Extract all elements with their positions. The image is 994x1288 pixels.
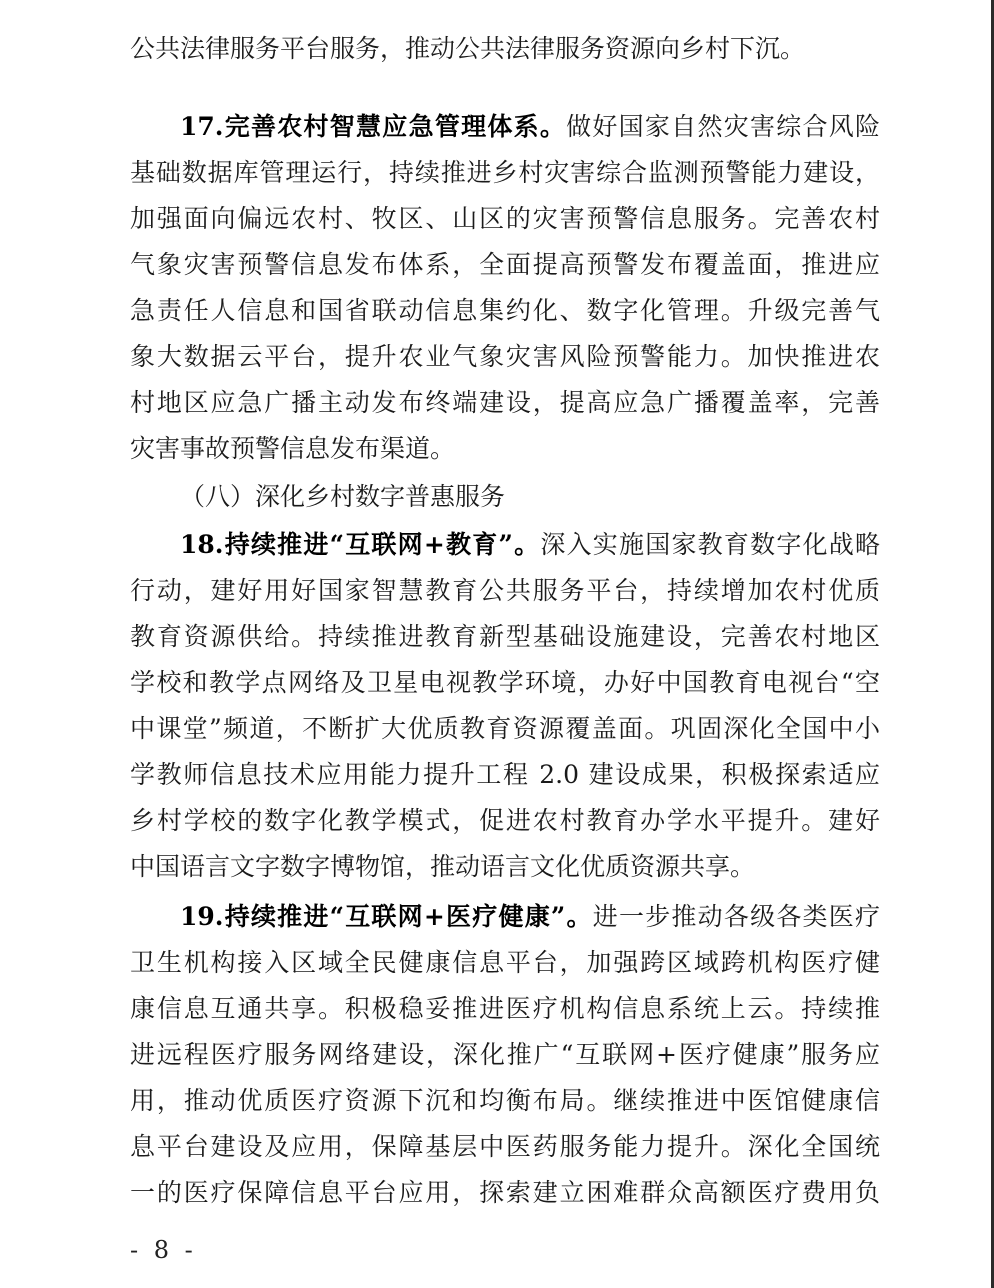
paragraph-line: 学教师信息技术应用能力提升工程 2.0 建设成果，积极探索适应	[130, 752, 880, 798]
paragraph-line: 象大数据云平台，提升农业气象灾害风险预警能力。加快推进农	[130, 334, 880, 380]
paragraph-line: 乡村学校的数字化教学模式，促进农村教育办学水平提升。建好	[130, 798, 880, 844]
heading-18: 18.持续推进“互联网+教育”。	[180, 530, 540, 559]
paragraph-line: 公共法律服务平台服务，推动公共法律服务资源向乡村下沉。	[130, 26, 880, 72]
paragraph-line: 加强面向偏远农村、牧区、山区的灾害预警信息服务。完善农村	[130, 196, 880, 242]
paragraph-line: 村地区应急广播主动发布终端建设，提高应急广播覆盖率，完善	[130, 380, 880, 426]
paragraph-text: 做好国家自然灾害综合风险	[566, 112, 880, 141]
paragraph-line: 教育资源供给。持续推进教育新型基础设施建设，完善农村地区	[130, 614, 880, 660]
paragraph-line: 一的医疗保障信息平台应用，探索建立困难群众高额医疗费用负	[130, 1170, 880, 1216]
paragraph-line: 进远程医疗服务网络建设，深化推广“互联网+医疗健康”服务应	[130, 1032, 880, 1078]
paragraph-line: 行动，建好用好国家智慧教育公共服务平台，持续增加农村优质	[130, 568, 880, 614]
paragraph-line: 中课堂”频道，不断扩大优质教育资源覆盖面。巩固深化全国中小	[130, 706, 880, 752]
section-title: （八）深化乡村数字普惠服务	[180, 474, 505, 520]
paragraph-line: 气象灾害预警信息发布体系，全面提高预警发布覆盖面，推进应	[130, 242, 880, 288]
heading-line-18: 18.持续推进“互联网+教育”。深入实施国家教育数字化战略	[180, 522, 880, 568]
paragraph-line: 灾害事故预警信息发布渠道。	[130, 426, 880, 472]
paragraph-line: 学校和教学点网络及卫星电视教学环境，办好中国教育电视台“空	[130, 660, 880, 706]
document-page: 公共法律服务平台服务，推动公共法律服务资源向乡村下沉。 17.完善农村智慧应急管…	[0, 0, 991, 1288]
heading-line-17: 17.完善农村智慧应急管理体系。做好国家自然灾害综合风险	[180, 104, 880, 150]
paragraph-line: 用，推动优质医疗资源下沉和均衡布局。继续推进中医馆健康信	[130, 1078, 880, 1124]
paragraph-line: 中国语言文字数字博物馆，推动语言文化优质资源共享。	[130, 844, 880, 890]
paragraph-line: 息平台建设及应用，保障基层中医药服务能力提升。深化全国统	[130, 1124, 880, 1170]
paragraph-text: 进一步推动各级各类医疗	[593, 902, 880, 931]
heading-line-19: 19.持续推进“互联网+医疗健康”。进一步推动各级各类医疗	[180, 894, 880, 940]
paragraph-line: 急责任人信息和国省联动信息集约化、数字化管理。升级完善气	[130, 288, 880, 334]
heading-17: 17.完善农村智慧应急管理体系。	[180, 112, 566, 141]
paragraph-line: 基础数据库管理运行，持续推进乡村灾害综合监测预警能力建设，	[130, 150, 880, 196]
page-number: - 8 -	[130, 1232, 197, 1268]
paragraph-line: 康信息互通共享。积极稳妥推进医疗机构信息系统上云。持续推	[130, 986, 880, 1032]
paragraph-line: 卫生机构接入区域全民健康信息平台，加强跨区域跨机构医疗健	[130, 940, 880, 986]
heading-19: 19.持续推进“互联网+医疗健康”。	[180, 902, 593, 931]
paragraph-text: 深入实施国家教育数字化战略	[540, 530, 880, 559]
